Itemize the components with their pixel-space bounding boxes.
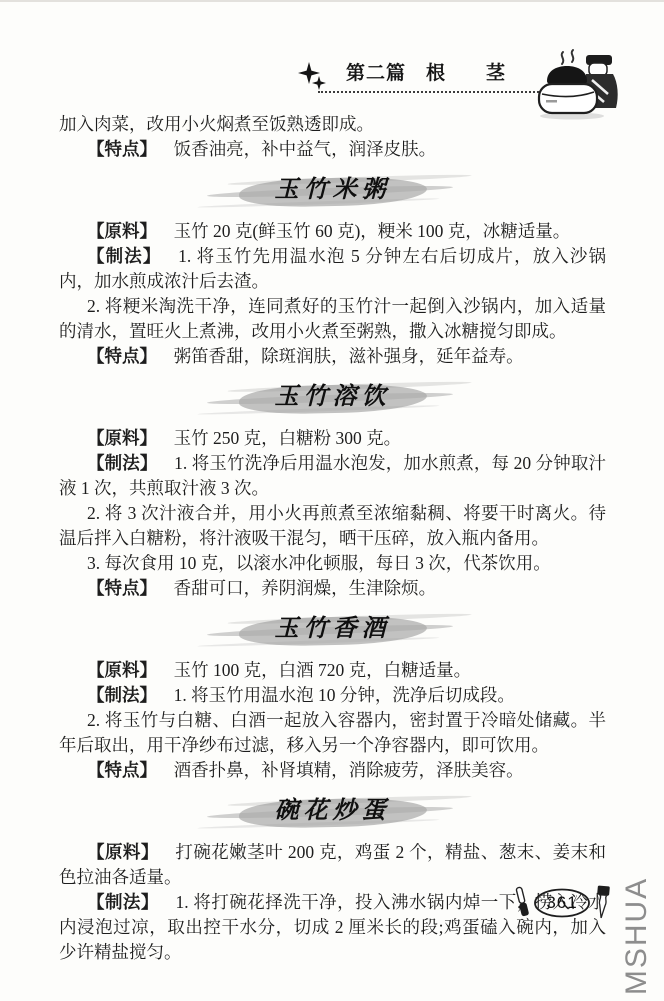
body-paragraph: 3. 每次食用 10 克，以滚水冲化顿服，每日 3 次，代茶饮用。 (59, 551, 606, 576)
recipe-title-text: 玉竹香酒 (275, 616, 391, 642)
para-text: 1. 将玉竹用温水泡 10 分钟，洗净后切成段。 (174, 685, 515, 705)
para-text: 2. 将 3 次汁液合并，用小火再煎煮至浓缩黏稠、将要干时离火。待温后拌入白糖粉… (59, 503, 606, 548)
book-page: 第二篇 根 茎 加入肉菜，改用小火焖煮至饭熟透即成。 【特点】饭香油亮，补中益气… (0, 0, 664, 1001)
para-text: 玉竹 250 克，白糖粉 300 克。 (174, 428, 402, 448)
page-header: 第二篇 根 茎 (0, 0, 664, 130)
body-paragraph: 【制法】1. 将玉竹用温水泡 10 分钟，洗净后切成段。 (59, 683, 606, 708)
watermark-text: MSHUA (622, 866, 652, 1001)
body-paragraph: 【特点】香甜可口，养阴润燥，生津除烦。 (59, 576, 606, 601)
para-label: 【制法】 (87, 892, 159, 912)
recipe-title-text: 玉竹米粥 (275, 177, 391, 203)
para-text: 饭香油亮，补中益气，润泽皮肤。 (174, 139, 437, 159)
para-label: 【原料】 (87, 660, 157, 680)
page-number: 361 (535, 893, 589, 913)
para-label: 【原料】 (87, 842, 159, 862)
brush-smear: 玉竹米粥 (265, 175, 401, 207)
brush-smear: 碗花炒蛋 (265, 796, 401, 828)
body-paragraph: 【原料】玉竹 100 克，白酒 720 克，白糖适量。 (59, 658, 606, 683)
para-label: 【制法】 (87, 685, 157, 705)
para-text: 香甜可口，养阴润燥，生津除烦。 (174, 578, 437, 598)
brush-smear: 玉竹溶饮 (265, 382, 401, 414)
body-paragraph: 2. 将玉竹与白糖、白酒一起放入容器内，密封置于冷暗处储藏。半年后取出，用干净纱… (59, 708, 606, 758)
para-text: 酒香扑鼻，补肾填精，消除疲劳，泽肤美容。 (174, 760, 524, 780)
body-paragraph: 【原料】玉竹 20 克(鲜玉竹 60 克)，粳米 100 克，冰糖适量。 (59, 219, 606, 244)
body-paragraph: 2. 将 3 次汁液合并，用小火再煎煮至浓缩黏稠、将要干时离火。待温后拌入白糖粉… (59, 501, 606, 551)
body-paragraph: 【特点】饭香油亮，补中益气，润泽皮肤。 (59, 137, 606, 162)
body-paragraph: 【特点】粥笛香甜，除斑润肤，滋补强身，延年益寿。 (59, 344, 606, 369)
para-label: 【原料】 (87, 221, 157, 241)
para-label: 【特点】 (87, 346, 157, 366)
brush-smear: 玉竹香酒 (265, 614, 401, 646)
body-paragraph: 【制法】1. 将玉竹洗净后用温水泡发，加水煎煮，每 20 分钟取汁液 1 次，共… (59, 451, 606, 501)
body-paragraph: 2. 将粳米淘洗干净，连同煮好的玉竹汁一起倒入沙锅内，加入适量的清水，置旺火上煮… (59, 294, 606, 344)
body-paragraph: 【特点】酒香扑鼻，补肾填精，消除疲劳，泽肤美容。 (59, 758, 606, 783)
para-text: 加入肉菜，改用小火焖煮至饭熟透即成。 (59, 114, 374, 134)
para-label: 【特点】 (87, 578, 157, 598)
recipe-title: 碗花炒蛋 (59, 792, 606, 832)
body-paragraph: 【原料】玉竹 250 克，白糖粉 300 克。 (59, 426, 606, 451)
body-paragraph: 【制法】1. 将玉竹先用温水泡 5 分钟左右后切成片，放入沙锅内，加水煎成浓汁后… (59, 244, 606, 294)
para-label: 【原料】 (87, 428, 157, 448)
page-content: 加入肉菜，改用小火焖煮至饭熟透即成。 【特点】饭香油亮，补中益气，润泽皮肤。 玉… (59, 112, 606, 965)
recipe-title: 玉竹香酒 (59, 610, 606, 650)
steaming-pot-chef-icon (530, 48, 626, 122)
page-number-badge: 361 (510, 882, 614, 924)
para-text: 3. 每次食用 10 克，以滚水冲化顿服，每日 3 次，代茶饮用。 (87, 553, 551, 573)
recipe-title: 玉竹溶饮 (59, 378, 606, 418)
recipe-title-text: 玉竹溶饮 (275, 384, 391, 410)
para-label: 【制法】 (87, 453, 158, 473)
para-text: 2. 将粳米淘洗干净，连同煮好的玉竹汁一起倒入沙锅内，加入适量的清水，置旺火上煮… (59, 296, 606, 341)
body-paragraph: 加入肉菜，改用小火焖煮至饭熟透即成。 (59, 112, 606, 137)
para-text: 粥笛香甜，除斑润肤，滋补强身，延年益寿。 (174, 346, 524, 366)
para-label: 【制法】 (87, 246, 161, 266)
para-label: 【特点】 (87, 760, 157, 780)
recipe-title: 玉竹米粥 (59, 171, 606, 211)
para-text: 玉竹 20 克(鲜玉竹 60 克)，粳米 100 克，冰糖适量。 (174, 221, 571, 241)
para-text: 2. 将玉竹与白糖、白酒一起放入容器内，密封置于冷暗处储藏。半年后取出，用干净纱… (59, 710, 606, 755)
para-text: 玉竹 100 克，白酒 720 克，白糖适量。 (174, 660, 472, 680)
para-label: 【特点】 (87, 139, 157, 159)
recipe-title-text: 碗花炒蛋 (275, 798, 391, 824)
